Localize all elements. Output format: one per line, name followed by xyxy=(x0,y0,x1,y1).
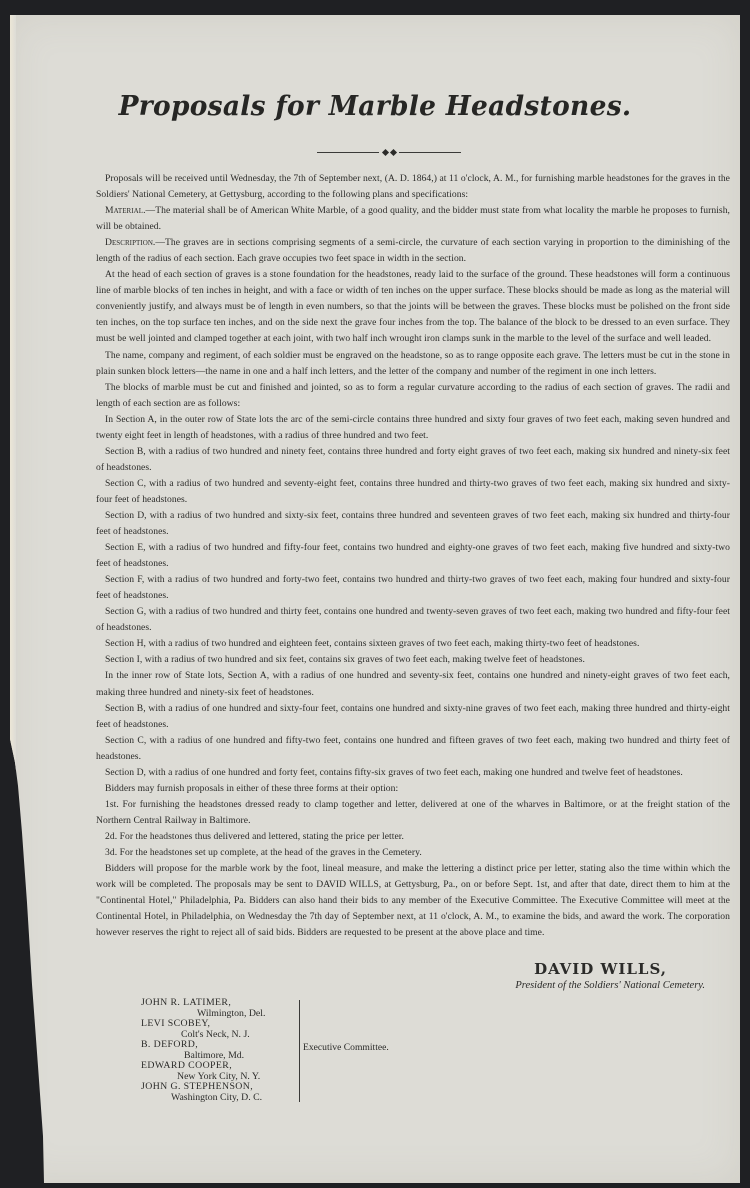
paragraph-text: Section C, with a radius of one hundred … xyxy=(96,735,730,762)
paragraph-text: In Section A, in the outer row of State … xyxy=(96,414,730,441)
paragraph: Section D, with a radius of one hundred … xyxy=(96,765,730,781)
committee-member: JOHN R. LATIMER,Wilmington, Del. xyxy=(141,998,265,1019)
signatory-name: DAVID WILLS, xyxy=(515,960,667,978)
paragraph: Section C, with a radius of two hundred … xyxy=(96,476,730,508)
paragraph-text: The name, company and regiment, of each … xyxy=(96,350,730,377)
paragraph-text: Bidders may furnish proposals in either … xyxy=(105,783,398,794)
member-name: JOHN G. STEPHENSON, xyxy=(141,1082,265,1093)
paragraph: Description.—The graves are in sections … xyxy=(96,235,730,267)
paragraph-text: Section D, with a radius of one hundred … xyxy=(105,767,683,778)
paragraph-text: Section B, with a radius of one hundred … xyxy=(96,703,730,730)
ornament-rule xyxy=(399,152,461,153)
paragraph: Section B, with a radius of one hundred … xyxy=(96,701,730,733)
paragraph: Section H, with a radius of two hundred … xyxy=(96,636,730,652)
paragraph: Section G, with a radius of two hundred … xyxy=(96,604,730,636)
paragraph-text: Section E, with a radius of two hundred … xyxy=(96,542,730,569)
paragraph: 1st. For furnishing the headstones dress… xyxy=(96,797,730,829)
paragraph: The blocks of marble must be cut and fin… xyxy=(96,380,730,412)
paragraph-text: The blocks of marble must be cut and fin… xyxy=(96,382,730,409)
paragraph: Section F, with a radius of two hundred … xyxy=(96,572,730,604)
section-heading: Description. xyxy=(105,237,155,248)
paragraph: 3d. For the headstones set up complete, … xyxy=(96,845,730,861)
paragraph: Section I, with a radius of two hundred … xyxy=(96,652,730,668)
document-title: Proposals for Marble Headstones. xyxy=(17,91,732,122)
member-location: Washington City, D. C. xyxy=(141,1093,265,1104)
member-name: EDWARD COOPER, xyxy=(141,1061,265,1072)
paragraph-text: 2d. For the headstones thus delivered an… xyxy=(105,831,404,842)
paragraph-text: At the head of each section of graves is… xyxy=(96,269,730,344)
committee-member: LEVI SCOBEY,Colt's Neck, N. J. xyxy=(141,1019,265,1040)
committee-label: Executive Committee. xyxy=(303,1043,389,1054)
paragraph-text: Section G, with a radius of two hundred … xyxy=(96,606,730,633)
paragraph-text: Section I, with a radius of two hundred … xyxy=(105,654,585,665)
committee-member: B. DEFORD,Baltimore, Md. xyxy=(141,1040,265,1061)
document-page: Proposals for Marble Headstones. Proposa… xyxy=(10,15,740,1183)
paragraph-text: Section C, with a radius of two hundred … xyxy=(96,478,730,505)
paragraph: 2d. For the headstones thus delivered an… xyxy=(96,829,730,845)
paragraph-text: Section D, with a radius of two hundred … xyxy=(96,510,730,537)
paragraph: Material.—The material shall be of Ameri… xyxy=(96,203,730,235)
paragraph-text: Bidders will propose for the marble work… xyxy=(96,863,730,938)
signature-block: DAVID WILLS, President of the Soldiers' … xyxy=(515,960,705,991)
paragraph: Section E, with a radius of two hundred … xyxy=(96,540,730,572)
ornament-diamond xyxy=(390,149,397,156)
paragraph: Section D, with a radius of two hundred … xyxy=(96,508,730,540)
title-ornament-divider xyxy=(317,150,462,156)
paragraph: Section B, with a radius of two hundred … xyxy=(96,444,730,476)
document-body: Proposals will be received until Wednesd… xyxy=(96,171,730,941)
paragraph-text: Section B, with a radius of two hundred … xyxy=(96,446,730,473)
committee-brace xyxy=(296,1000,300,1102)
paragraph: Bidders will propose for the marble work… xyxy=(96,861,730,941)
paragraph-text: 1st. For furnishing the headstones dress… xyxy=(96,799,730,826)
paragraph-text: —The material shall be of American White… xyxy=(96,205,730,232)
paragraph-text: —The graves are in sections comprising s… xyxy=(96,237,730,264)
committee-member: JOHN G. STEPHENSON,Washington City, D. C… xyxy=(141,1082,265,1103)
paragraph: Proposals will be received until Wednesd… xyxy=(96,171,730,203)
member-name: LEVI SCOBEY, xyxy=(141,1019,265,1030)
paragraph-text: 3d. For the headstones set up complete, … xyxy=(105,847,422,858)
committee-member: EDWARD COOPER,New York City, N. Y. xyxy=(141,1061,265,1082)
executive-committee-list: JOHN R. LATIMER,Wilmington, Del.LEVI SCO… xyxy=(141,998,265,1103)
paragraph: At the head of each section of graves is… xyxy=(96,267,730,347)
section-heading: Material. xyxy=(105,205,146,216)
paragraph: In Section A, in the outer row of State … xyxy=(96,412,730,444)
paragraph: In the inner row of State lots, Section … xyxy=(96,668,730,700)
paragraph-text: Proposals will be received until Wednesd… xyxy=(96,173,730,200)
signatory-title: President of the Soldiers' National Ceme… xyxy=(515,980,705,991)
ornament-diamond xyxy=(382,149,389,156)
paragraph: Section C, with a radius of one hundred … xyxy=(96,733,730,765)
ornament-rule xyxy=(317,152,379,153)
paragraph-text: Section H, with a radius of two hundred … xyxy=(105,638,639,649)
paragraph: Bidders may furnish proposals in either … xyxy=(96,781,730,797)
member-name: JOHN R. LATIMER, xyxy=(141,998,265,1009)
paragraph-text: Section F, with a radius of two hundred … xyxy=(96,574,730,601)
paragraph-text: In the inner row of State lots, Section … xyxy=(96,670,730,697)
paragraph: The name, company and regiment, of each … xyxy=(96,348,730,380)
member-name: B. DEFORD, xyxy=(141,1040,265,1051)
